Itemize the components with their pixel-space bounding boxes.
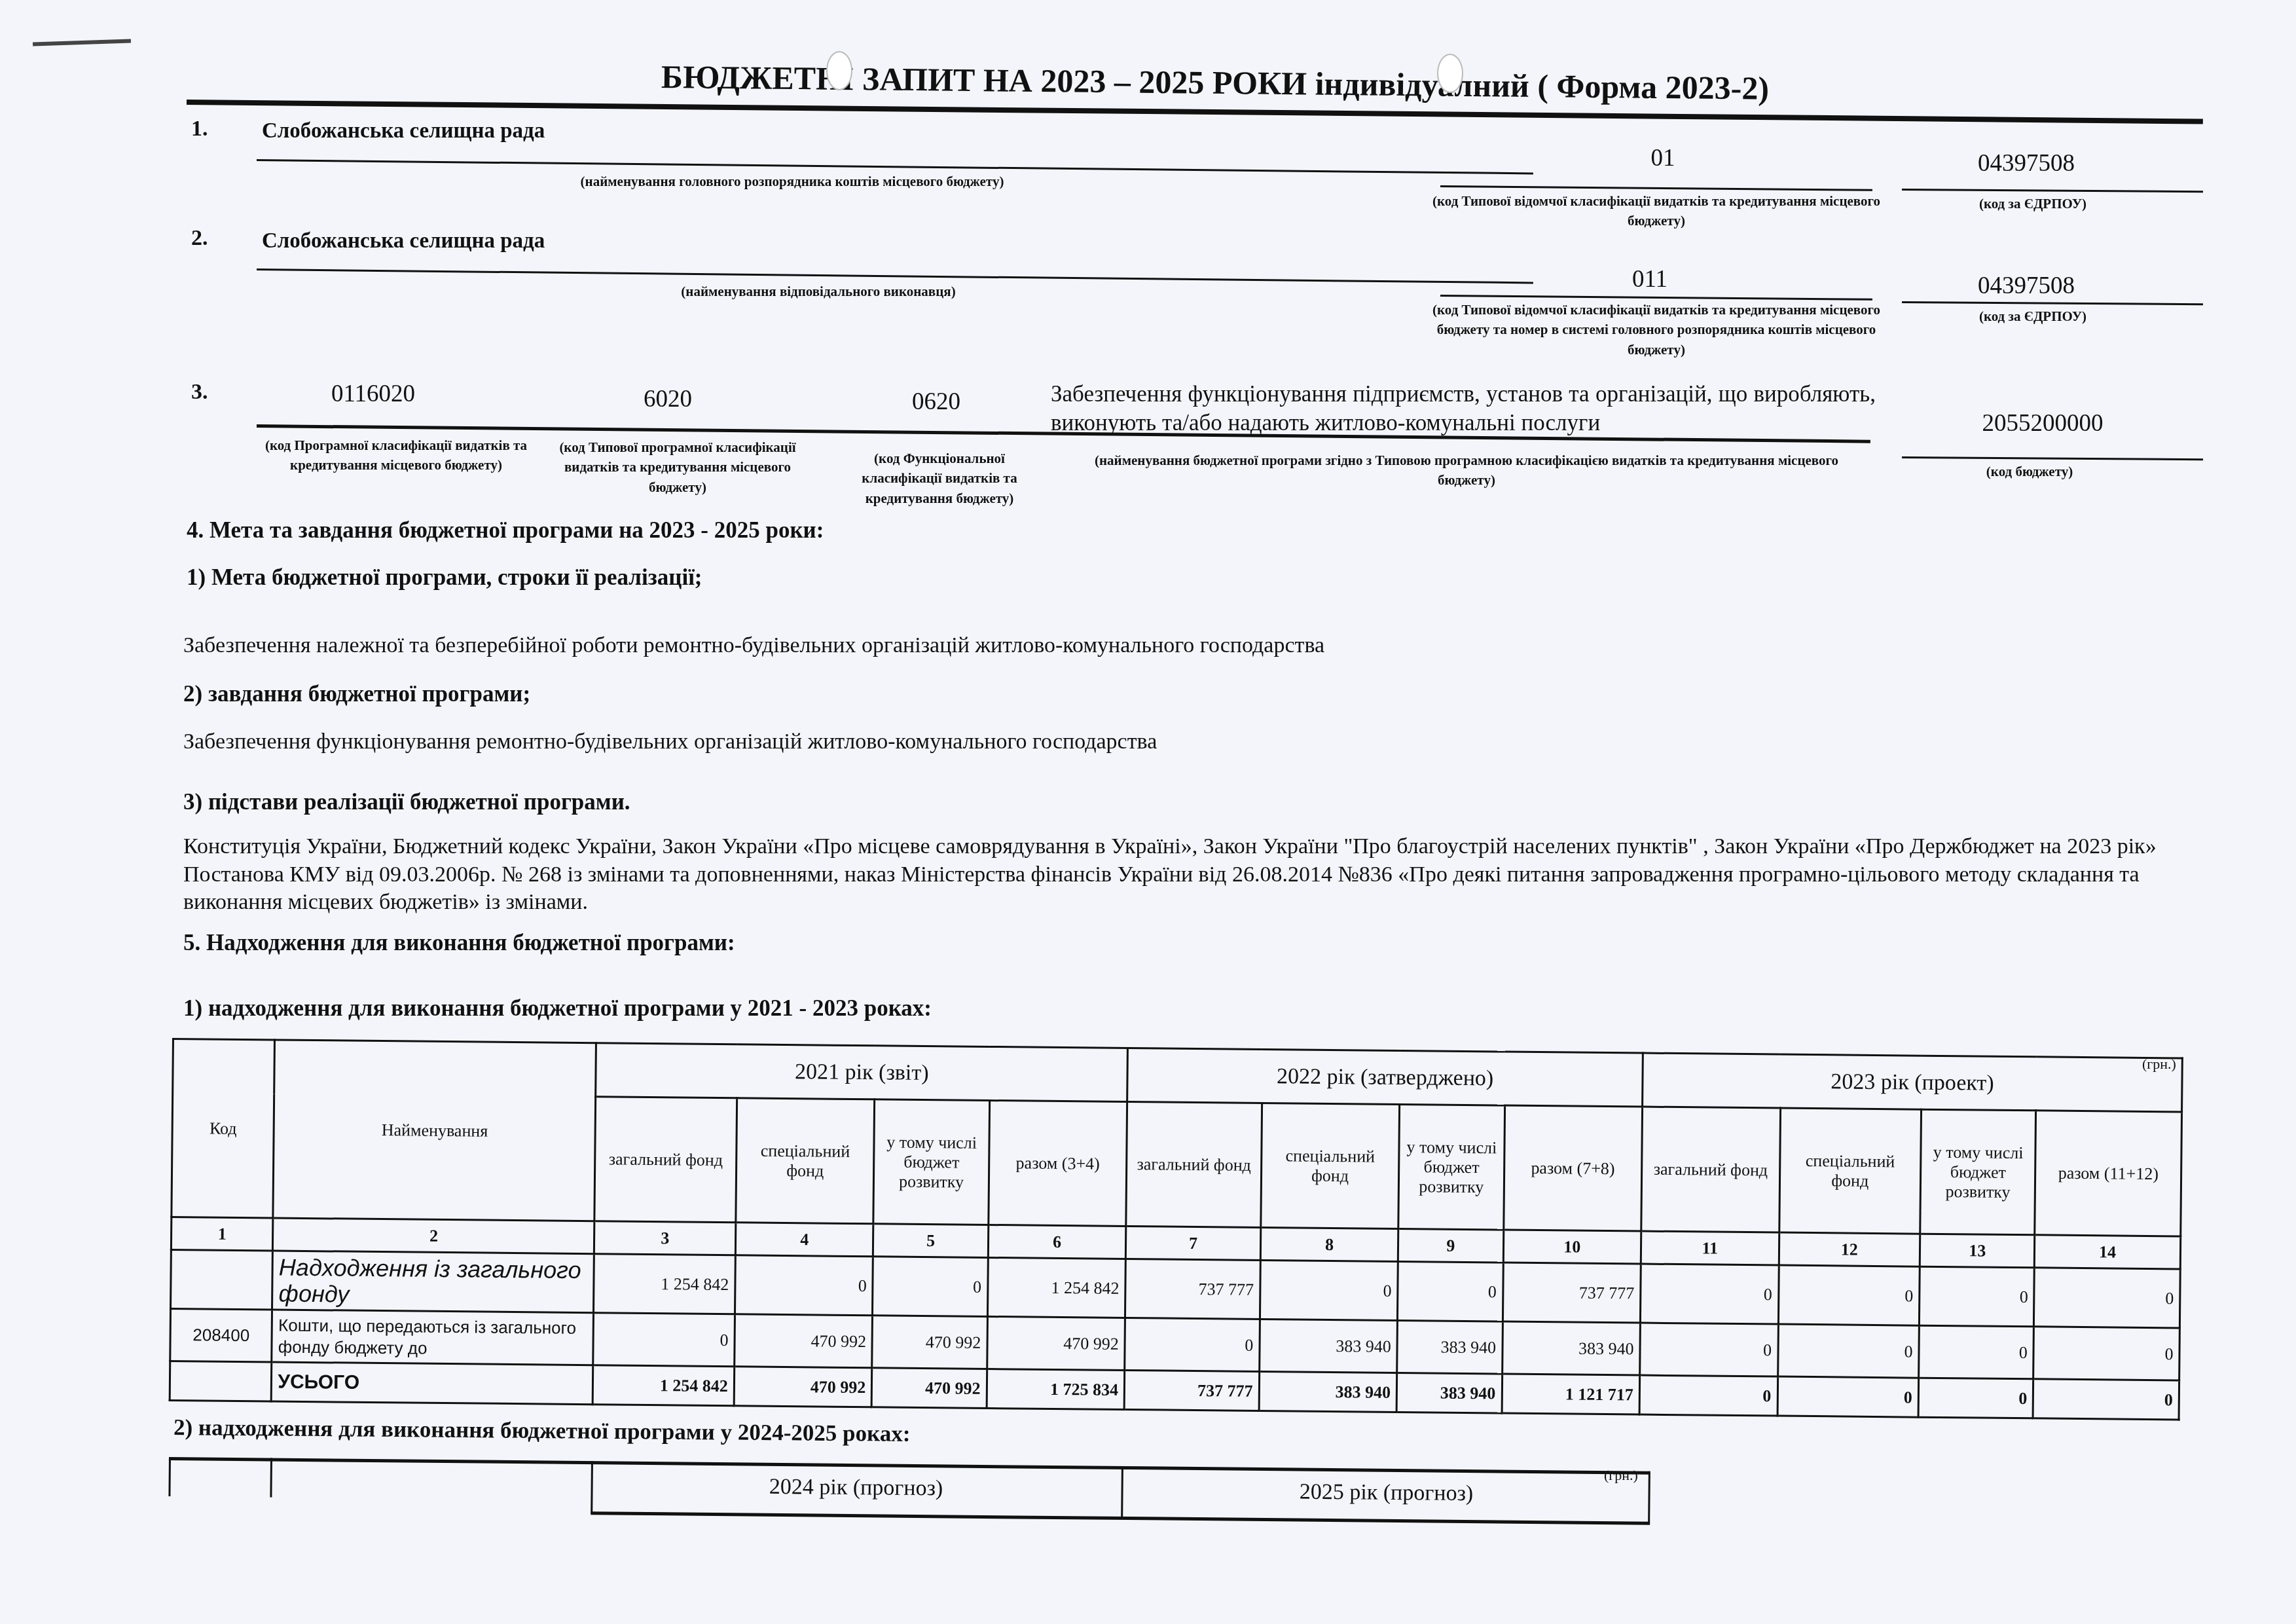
budget-program-name: Забезпечення функціонування підприємств,… [1051,380,1876,437]
header-total: разом (7+8) [1503,1105,1642,1231]
col-number: 3 [594,1221,736,1255]
cell-value: 0 [1641,1264,1779,1324]
col-number: 11 [1641,1231,1779,1265]
header-year-2021: 2021 рік (звіт) [596,1043,1128,1102]
col-number: 2 [273,1218,595,1254]
departmental-code-caption: (код Типової відомчої класифікації видат… [1427,191,1886,231]
cell-value: 0 [1777,1376,1919,1417]
header-year-2023: 2023 рік (проект) [1643,1053,2183,1112]
cell-value: 0 [1777,1324,1919,1378]
edrpou-code: 04397508 [1918,149,2134,177]
cell-value: 737 777 [1503,1263,1641,1323]
col-number: 8 [1260,1227,1398,1261]
budget-code: 2055200000 [1944,409,2141,437]
header-year-2024: 2024 рік (прогноз) [594,1473,1118,1503]
header-total: разом (3+4) [989,1100,1127,1226]
program-classification-code: 0116020 [301,380,445,408]
cell-value: 1 254 842 [593,1365,735,1406]
col-number: 9 [1398,1228,1504,1263]
header-year-2025: 2025 рік (прогноз) [1124,1478,1648,1508]
col-number: 13 [1920,1234,2035,1268]
header-name: Найменування [273,1040,596,1221]
col-number: 1 [171,1217,273,1251]
col-number: 7 [1126,1227,1261,1261]
table2-border [1121,1466,1123,1519]
row-name: Надходження із загального фонду [272,1251,594,1313]
cell-value: 737 777 [1125,1259,1260,1319]
cell-value: 383 940 [1502,1321,1640,1375]
cell-value: 0 [1919,1325,2034,1379]
cell-value: 0 [2033,1327,2179,1380]
cell-value: 470 992 [734,1367,872,1407]
cell-value: 470 992 [872,1316,987,1369]
departmental-code: 01 [1584,144,1741,172]
main-manager-name: Слобожанська селищна рада [262,119,545,143]
cell-value: 0 [1778,1265,1920,1325]
row-name: УСЬОГО [272,1362,594,1405]
departmental-code-line [1440,185,1872,191]
tasks-text: Забезпечення функціонування ремонтно-буд… [183,728,1157,756]
punch-hole-icon [1437,54,1463,93]
revenues-table-2021-2023: Код Найменування 2021 рік (звіт) 2022 рі… [169,1038,2183,1421]
responsible-code-caption: (код Типової відомчої класифікації видат… [1427,300,1886,360]
cell-value: 470 992 [987,1317,1125,1371]
row-code [170,1361,272,1401]
tasks-heading: 2) завдання бюджетної програми; [183,681,530,707]
header-year-2022: 2022 рік (затверджено) [1127,1048,1643,1107]
cell-value: 383 940 [1397,1321,1503,1375]
table2-header-border [591,1511,1650,1525]
budget-code-line [1902,456,2203,460]
cell-value: 0 [2034,1268,2180,1328]
cell-value: 0 [593,1313,735,1367]
cell-value: 1 254 842 [987,1257,1125,1318]
responsible-edrpou-line [1902,301,2203,305]
col-number: 6 [988,1225,1126,1259]
revenues-2021-2023-heading: 1) надходження для виконання бюджетної п… [183,995,932,1022]
typical-program-code: 6020 [602,385,733,413]
header-special-fund: спеціальний фонд [1261,1103,1400,1228]
cell-value: 0 [1919,1266,2034,1327]
budget-code-caption: (код бюджету) [1931,462,2128,481]
title-part-1: БЮДЖЕТН [661,58,842,97]
functional-code-caption: (код Функціональної класифікації видаткі… [845,449,1034,508]
cell-value: 1 725 834 [987,1369,1125,1410]
table2-border [270,1458,272,1497]
responsible-executor-caption: (найменування відповідального виконавця) [622,282,1015,301]
cell-value: 1 121 717 [1502,1374,1640,1414]
col-number: 12 [1779,1232,1920,1266]
cell-value: 0 [1398,1261,1503,1321]
budget-program-name-caption: (найменування бюджетної програми згідно … [1074,451,1859,490]
responsible-edrpou-code: 04397508 [1918,272,2134,300]
title-part-2: І ЗАПИТ НА 2023 – 2025 РОКИ індивідуал [841,60,1473,103]
header-total: разом (11+12) [2035,1111,2181,1236]
section-4-heading: 4. Мета та завдання бюджетної програми н… [187,517,824,544]
table2-top-border [169,1457,1650,1475]
item-3-number: 3. [191,380,208,405]
cell-value: 0 [1918,1378,2033,1418]
program-code-caption: (код Програмної класифікації видатків та… [259,435,534,475]
goal-heading: 1) Мета бюджетної програми, строки її ре… [187,564,702,591]
table2-border [1648,1471,1650,1524]
col-number: 4 [735,1223,873,1257]
revenues-table-2024-2025: 2024 рік (прогноз) 2025 рік (прогноз) [168,1457,1655,1550]
cell-value: 383 940 [1259,1372,1397,1412]
cell-value: 0 [1639,1375,1777,1416]
basis-text: Конституція України, Бюджетний кодекс Ук… [183,833,2187,917]
functional-classification-code: 0620 [871,388,1002,416]
item-1-number: 1. [191,117,208,141]
edrpou-caption: (код за ЄДРПОУ) [1918,194,2147,213]
row-code [171,1249,273,1310]
cell-value: 470 992 [735,1314,873,1368]
cell-value: 383 940 [1259,1319,1397,1373]
scan-artifact-mark [33,39,131,46]
typical-code-caption: (код Типової програмної класифікації вид… [540,437,815,497]
header-development-budget: у тому числі бюджет розвитку [1920,1109,2036,1235]
revenues-2024-2025-heading: 2) надходження для виконання бюджетної п… [173,1414,911,1447]
cell-value: 1 254 842 [594,1254,735,1314]
header-development-budget: у тому числі бюджет розвитку [1398,1105,1504,1230]
punch-hole-icon [826,51,852,90]
table2-border [591,1461,593,1513]
col-number: 14 [2035,1235,2181,1269]
row-name: Кошти, що передаються із загального фонд… [272,1310,594,1365]
header-development-budget: у тому числі бюджет розвитку [873,1099,989,1225]
cell-value: 0 [1640,1323,1778,1376]
header-special-fund: спеціальний фонд [736,1098,875,1224]
goal-text: Забезпечення належної та безперебійної р… [183,632,1324,660]
cell-value: 0 [1260,1260,1398,1320]
header-general-fund: загальний фонд [1641,1107,1780,1232]
header-code: Код [172,1039,275,1218]
header-general-fund: загальний фонд [594,1097,737,1223]
responsible-executor-name: Слобожанська селищна рада [262,229,545,253]
cell-value: 0 [2033,1379,2179,1420]
section-5-heading: 5. Надходження для виконання бюджетної п… [183,930,735,956]
col-number: 10 [1503,1230,1641,1264]
cell-value: 0 [735,1255,873,1316]
cell-value: 470 992 [872,1368,987,1409]
responsible-edrpou-caption: (код за ЄДРПОУ) [1918,306,2147,326]
table-header-years: Код Найменування 2021 рік (звіт) 2022 рі… [173,1039,2183,1112]
header-special-fund: спеціальний фонд [1779,1108,1921,1234]
title-part-3: ний ( Форма 2023-2) [1472,67,1769,107]
cell-value: 0 [1125,1318,1260,1372]
responsible-code: 011 [1571,265,1728,293]
budget-request-page: БЮДЖЕТНІ ЗАПИТ НА 2023 – 2025 РОКИ індив… [0,0,2296,1624]
cell-value: 737 777 [1124,1371,1259,1411]
cell-value: 383 940 [1396,1373,1502,1414]
cell-value: 0 [873,1257,988,1317]
table2-border [168,1457,171,1496]
item-2-number: 2. [191,226,208,251]
main-manager-caption: (найменування головного розпорядника кош… [563,172,1021,191]
header-general-fund: загальний фонд [1126,1102,1262,1228]
col-number: 5 [873,1224,989,1258]
row-code: 208400 [170,1309,272,1362]
basis-heading: 3) підстави реалізації бюджетної програм… [183,789,630,815]
edrpou-line [1902,189,2203,193]
